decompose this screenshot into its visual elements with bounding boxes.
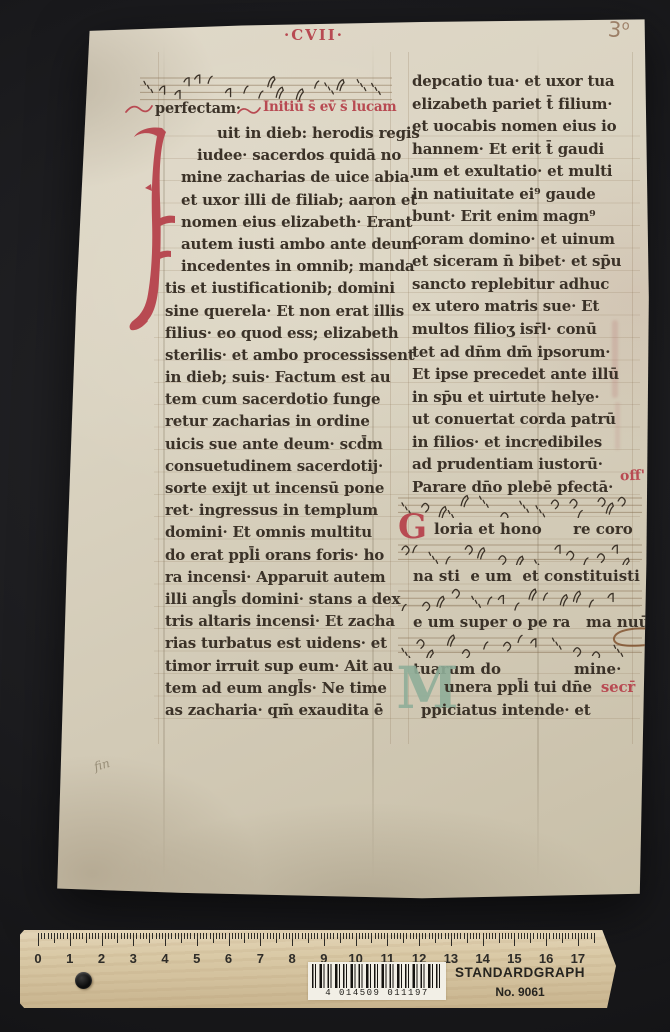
ruler-tick [362, 933, 363, 939]
ruler-tick [102, 933, 103, 946]
ruler-tick [429, 933, 430, 939]
secret-line: unera ppl̄i tui dn̄esecr̄ [444, 678, 635, 696]
ruler-tick [295, 933, 296, 939]
manuscript-text-line: tris altaris incensi· Et zacha [165, 610, 405, 632]
ruler-tick [499, 933, 500, 943]
ruler-number: 0 [34, 951, 41, 966]
offertory-label: off' [620, 468, 646, 485]
ruler-tick [527, 933, 528, 939]
ruler-tick [562, 933, 563, 943]
ruler-tick [543, 933, 544, 939]
ruler-tick [359, 933, 360, 939]
ruler-tick [565, 933, 566, 939]
ruler-tick [165, 933, 166, 946]
music-staff [398, 494, 644, 518]
manuscript-text-line: in dieb; suis· Factum est au [165, 366, 405, 388]
ruler-tick [203, 933, 204, 939]
barcode-bars [312, 964, 442, 988]
music-staff [398, 587, 644, 611]
ruler-tick [216, 933, 217, 939]
manuscript-text-line: uicis sue ante deum· scd̄m [165, 433, 405, 455]
ruler-tick [67, 933, 68, 939]
ruler-tick [416, 933, 417, 939]
manuscript-text-line: mine zacharias de uice abia· [165, 166, 405, 188]
ruler-tick [289, 933, 290, 939]
ruler-number: 7 [257, 951, 264, 966]
ruler-tick [305, 933, 306, 939]
chant-text-line: e um super o pe ra ma nuū [398, 611, 644, 634]
ruler-tick [486, 933, 487, 939]
ruler-hole [75, 972, 92, 989]
brand-text: STANDARDGRAPH [446, 965, 594, 980]
ruler-tick [365, 933, 366, 939]
ruler-tick [127, 933, 128, 939]
ruler-number: 2 [98, 951, 105, 966]
secret-line: ppiciatus intende· et [421, 701, 590, 719]
ruler-tick [194, 933, 195, 939]
ruler-tick [403, 933, 404, 943]
ruler-tick [432, 933, 433, 939]
folio-annotation: 3o [607, 17, 630, 42]
manuscript-text-line: sancto replebitur adhuc [412, 273, 644, 296]
manuscript-text-line: tem ad eum angl̄s· Ne time [165, 677, 405, 699]
manuscript-text-line: incedentes in omnib; manda [165, 255, 405, 277]
ruler-tick [48, 933, 49, 939]
ruler-tick [146, 933, 147, 939]
ruler-tick [121, 933, 122, 939]
manuscript-text-line: depcatio tua· et uxor tua [412, 70, 644, 93]
ruler-tick [308, 933, 309, 943]
ruler-tick [413, 933, 414, 939]
manuscript-text-line: bunt· Erit enim magn⁹ [412, 205, 644, 228]
manuscript-text-line: hannem· Et erit t̄ gaudi [412, 138, 644, 161]
ruler-tick [257, 933, 258, 939]
ruler-tick [156, 933, 157, 939]
ruler-tick [225, 933, 226, 939]
ruler-tick [283, 933, 284, 939]
manuscript-text-line: rias turbatus est uidens· et [165, 632, 405, 654]
manuscript-text-line: sorte exijt ut incensū pone [165, 477, 405, 499]
manuscript-page: ·CVII· 3o perfectam· Initiū s̄ ev̄ s̄ lu… [50, 14, 650, 900]
ruler-number: 14 [475, 951, 489, 966]
ruler-number: 4 [161, 951, 168, 966]
ruler-tick [457, 933, 458, 939]
page-number: ·CVII· [269, 26, 359, 44]
manuscript-text-line: multos filioʒ isr̄l· conū [412, 318, 644, 341]
ruler-tick [314, 933, 315, 939]
ruler-tick [460, 933, 461, 939]
manuscript-text-line: autem iusti ambo ante deum· [165, 233, 405, 255]
ruler-tick [337, 933, 338, 939]
manuscript-text-line: in sp̄u et uirtute helye· [412, 386, 644, 409]
ruler-tick [292, 933, 293, 946]
red-flourish-icon [124, 102, 154, 118]
ruler-tick [324, 933, 325, 946]
manuscript-text-line: et uocabis nomen eius io [412, 115, 644, 138]
ruler-number: 1 [66, 951, 73, 966]
text-column-right: depcatio tua· et uxor tuaelizabeth parie… [412, 70, 644, 498]
ruler-tick [263, 933, 264, 939]
manuscript-text-line: illi angl̄s domini· stans a dex [165, 588, 405, 610]
manuscript-text-line: ut conuertat corda patrū [412, 408, 644, 431]
manuscript-text-line: do erat ppl̄i orans foris· ho [165, 544, 405, 566]
ruler-tick [381, 933, 382, 939]
ruler-tick [594, 933, 595, 943]
manuscript-text-line: timor irruit sup eum· Ait au [165, 655, 405, 677]
ruler-tick [108, 933, 109, 939]
ruler-tick [489, 933, 490, 939]
ruler-tick [533, 933, 534, 939]
ruler-tick [279, 933, 280, 939]
ruler-tick [184, 933, 185, 939]
pen-trial-mark [610, 622, 662, 652]
ruler-tick [400, 933, 401, 939]
manuscript-text-line: coram domino· et uinum [412, 228, 644, 251]
ruler-tick [92, 933, 93, 939]
ruler-number: 15 [507, 951, 521, 966]
margin-annotation: fin [92, 756, 111, 774]
ruler-tick [73, 933, 74, 939]
ruler-number: 17 [571, 951, 585, 966]
ruler-tick [454, 933, 455, 939]
ruler-tick [473, 933, 474, 939]
ruler-tick [298, 933, 299, 939]
ruler-tick [187, 933, 188, 939]
ruler-tick [546, 933, 547, 946]
ruler-tick [410, 933, 411, 939]
ruler-tick [441, 933, 442, 939]
manuscript-text-line: filius· eo quod ess; elizabeth [165, 322, 405, 344]
ruler-tick [232, 933, 233, 939]
ruler-tick [451, 933, 452, 946]
ruler-tick [60, 933, 61, 939]
ruler-tick [95, 933, 96, 939]
ruler-tick [286, 933, 287, 939]
ruler-tick [171, 933, 172, 939]
ruler-tick [581, 933, 582, 939]
ruler-tick [378, 933, 379, 939]
ruler-tick [222, 933, 223, 939]
ruler-tick [508, 933, 509, 939]
ruler-tick [197, 933, 198, 946]
ruler-tick [384, 933, 385, 939]
ruler-tick [333, 933, 334, 939]
ruler-tick [117, 933, 118, 943]
ruler-number: 16 [539, 951, 553, 966]
ruler-tick [244, 933, 245, 943]
red-flourish-icon [236, 104, 262, 117]
manuscript-text-line: nomen eius elizabeth· Erant [165, 211, 405, 233]
rubric-initium: Initiū s̄ ev̄ s̄ lucam [263, 99, 396, 115]
chant-text-line: loria et hono re coro [398, 518, 644, 541]
ruler-tick [76, 933, 77, 939]
manuscript-text-line: retur zacharias in ordine [165, 410, 405, 432]
manuscript-text-line: in natiuitate ei⁹ gaude [412, 183, 644, 206]
manuscript-text-line: elizabeth pariet t̄ filium· [412, 93, 644, 116]
manuscript-text-line: tem cum sacerdotio funge [165, 388, 405, 410]
ruler-tick [343, 933, 344, 939]
manuscript-text-line: tet ad dn̄m dm̄ ipsorum· [412, 341, 644, 364]
ruler-tick [136, 933, 137, 939]
ruler-tick [435, 933, 436, 943]
ruler-number: 3 [130, 951, 137, 966]
ruler-tick [356, 933, 357, 946]
ruler-tick [79, 933, 80, 939]
ruler-tick [254, 933, 255, 939]
ruler-number: 6 [225, 951, 232, 966]
ruler-tick [445, 933, 446, 939]
ruler-tick [371, 933, 372, 943]
ruler-tick [178, 933, 179, 939]
music-staff [398, 541, 644, 565]
ruler-tick [568, 933, 569, 939]
ruler-tick [152, 933, 153, 939]
ruler-tick [41, 933, 42, 939]
ruler-tick [260, 933, 261, 946]
ruler-tick [70, 933, 71, 946]
ruler-tick [327, 933, 328, 939]
ruler-tick [238, 933, 239, 939]
ruler-tick [317, 933, 318, 939]
photo-background: ·CVII· 3o perfectam· Initiū s̄ ev̄ s̄ lu… [0, 0, 670, 1032]
ruler-tick [86, 933, 87, 943]
ruler-tick [387, 933, 388, 946]
ruler-tick [114, 933, 115, 939]
ruler-tick [241, 933, 242, 939]
ruler-tick [89, 933, 90, 939]
ruler-tick [575, 933, 576, 939]
ruler-tick [483, 933, 484, 946]
manuscript-text-line: ret· ingressus in templum [165, 499, 405, 521]
text-column-left: uit in dieb: herodis regisiudee· sacerdo… [165, 122, 405, 721]
ruler-tick [213, 933, 214, 943]
ruler-tick [438, 933, 439, 939]
ruler-tick [406, 933, 407, 939]
ruler-tick [321, 933, 322, 939]
ruler-tick [505, 933, 506, 939]
manuscript-text-line: ad prudentiam iustorū· [412, 453, 644, 476]
ruler-tick [448, 933, 449, 939]
ruler-tick [524, 933, 525, 939]
ruler-tick [175, 933, 176, 939]
ruler-tick [419, 933, 420, 946]
ruler-tick [143, 933, 144, 939]
ruler-tick [346, 933, 347, 939]
catchline: perfectam· [155, 100, 241, 117]
ruler-tick [267, 933, 268, 939]
model-text: No. 9061 [446, 985, 594, 999]
ruler-tick [57, 933, 58, 939]
manuscript-text-line: ra incensi· Apparuit autem [165, 566, 405, 588]
manuscript-text-line: domini· Et omnis multitu [165, 521, 405, 543]
ruler-tick [248, 933, 249, 939]
ruler-tick [82, 933, 83, 939]
ruler-tick [162, 933, 163, 939]
ruler-tick [556, 933, 557, 939]
ruler-tick [394, 933, 395, 939]
manuscript-text-line: um et exultatio· et multi [412, 160, 644, 183]
ruler-tick [235, 933, 236, 939]
manuscript-text-line: sine querela· Et non erat illis [165, 300, 405, 322]
barcode-digits: 4 014509 011197 [308, 988, 446, 999]
ruler-tick [549, 933, 550, 939]
manuscript-text-line: iudee· sacerdos quidā no [165, 144, 405, 166]
ruler-tick [270, 933, 271, 939]
ruler-tick [159, 933, 160, 939]
ruler-tick [273, 933, 274, 939]
manuscript-text-line: sterilis· et ambo processissent [165, 344, 405, 366]
ruler-number: 8 [288, 951, 295, 966]
ruler-tick [492, 933, 493, 939]
ruler-tick [200, 933, 201, 939]
ruler-tick [168, 933, 169, 939]
ruler-tick [514, 933, 515, 946]
ruler-tick [368, 933, 369, 939]
ruler-tick [133, 933, 134, 946]
ruler-tick [111, 933, 112, 939]
ruler-tick [63, 933, 64, 939]
ruler-tick [479, 933, 480, 939]
ruler-tick [518, 933, 519, 939]
ruler-tick [311, 933, 312, 939]
ruler-tick [572, 933, 573, 939]
ruler-tick [105, 933, 106, 939]
manuscript-text-line: consuetudinem sacerdotij· [165, 455, 405, 477]
manuscript-text-line: Et ipse precedet ante illū [412, 363, 644, 386]
ruler-tick [587, 933, 588, 939]
ruler-tick [476, 933, 477, 939]
manuscript-text-line: et siceram n̄ bibet· et sp̄u [412, 250, 644, 273]
ruler-tick [495, 933, 496, 939]
manuscript-text-line: in filios· et incredibiles [412, 431, 644, 454]
ruler-tick [140, 933, 141, 939]
ruler-tick [330, 933, 331, 939]
ruler-tick [206, 933, 207, 939]
ruler-tick [530, 933, 531, 943]
ruler-tick [578, 933, 579, 946]
ruler-tick [559, 933, 560, 939]
ruler-tick [251, 933, 252, 939]
ruler-tick [349, 933, 350, 939]
initial-g: G [398, 510, 427, 544]
ruler-tick [591, 933, 592, 939]
ruler-tick [584, 933, 585, 939]
ruler-tick [190, 933, 191, 939]
ruler-tick [340, 933, 341, 943]
ruler-tick [511, 933, 512, 939]
secret-label: secr̄ [601, 678, 635, 696]
ruler-number: 5 [193, 951, 200, 966]
ruler-tick [181, 933, 182, 943]
ruler-tick [149, 933, 150, 943]
manuscript-text-line: tis et iustificationib; domini [165, 277, 405, 299]
ruler-tick [375, 933, 376, 939]
ruler-tick [470, 933, 471, 939]
ruler-tick [467, 933, 468, 943]
ruler-tick [502, 933, 503, 939]
ruler-tick [391, 933, 392, 939]
ruler-tick [553, 933, 554, 939]
ruler-tick [219, 933, 220, 939]
manuscript-text-line: uit in dieb: herodis regis [165, 122, 405, 144]
ruler-tick [464, 933, 465, 939]
ruler-tick [229, 933, 230, 946]
ruler-tick [540, 933, 541, 939]
ruler-tick [44, 933, 45, 939]
ruler-tick [54, 933, 55, 943]
ruler-tick [302, 933, 303, 939]
manuscript-text-line: as zacharia· qm̄ exaudita ē [165, 699, 405, 721]
ruler-tick [425, 933, 426, 939]
ruler-tick [38, 933, 39, 946]
ruler-tick [521, 933, 522, 939]
ruler-tick [276, 933, 277, 943]
ruler-tick [537, 933, 538, 939]
manuscript-text-line: ex utero matris sue· Et [412, 295, 644, 318]
ruler: 01234567891011121314151617 4 014509 0111… [20, 930, 616, 1008]
ruler-tick [130, 933, 131, 939]
ruler-tick [352, 933, 353, 939]
manuscript-text-line: et uxor illi de filiab; aaron et [165, 189, 405, 211]
barcode: 4 014509 011197 [308, 962, 446, 1000]
ruler-tick [397, 933, 398, 939]
ruler-tick [98, 933, 99, 939]
chant-text-line: na sti e um et constituisti [398, 565, 644, 588]
ruler-tick [210, 933, 211, 939]
ruler-tick [51, 933, 52, 939]
ruler-tick [422, 933, 423, 939]
ruler-tick [124, 933, 125, 939]
